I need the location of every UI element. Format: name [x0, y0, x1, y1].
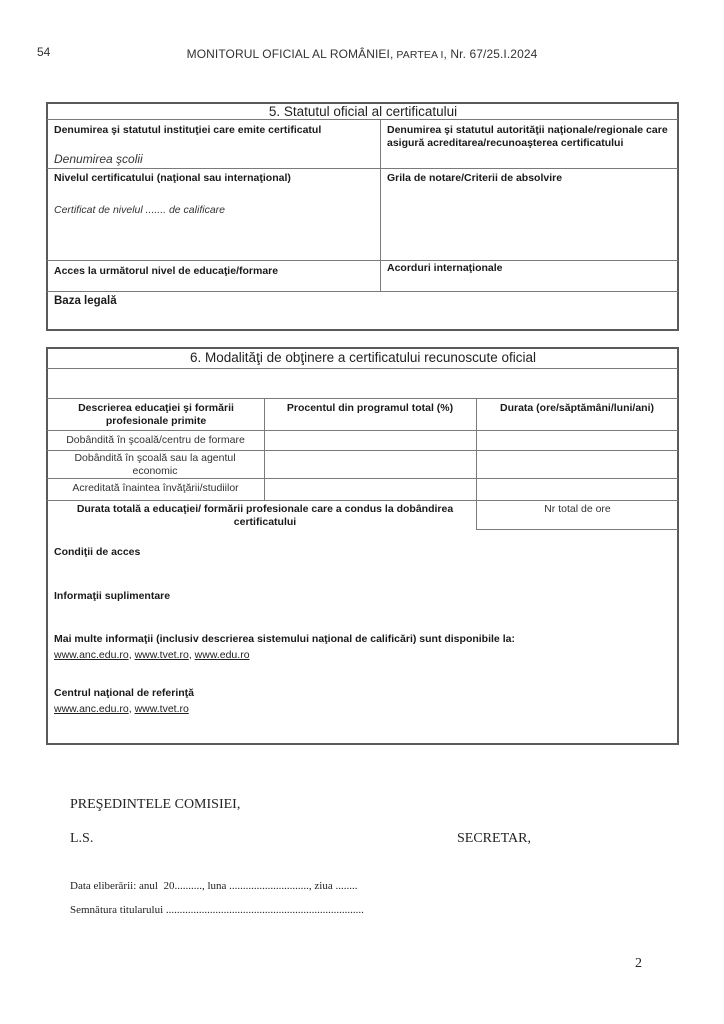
footer-page-number: 2 [635, 956, 642, 972]
gazette-issue: , Nr. 67/25.I.2024 [444, 47, 538, 61]
extra-info-label: Informaţii suplimentare [54, 590, 170, 603]
issuer-value[interactable]: Denumirea şcolii [54, 152, 143, 166]
level-value[interactable]: Certificat de nivelul ....... de calific… [54, 204, 225, 216]
legal-basis-label: Baza legală [54, 295, 117, 308]
reference-center-label: Centrul naţional de referinţă [54, 687, 194, 700]
table-row-school: Dobândită în şcoală/centru de formare [48, 434, 263, 447]
link-tvet[interactable]: www.tvet.ro [135, 649, 189, 661]
secretary-signature-label: SECRETAR, [457, 831, 531, 847]
section-6-title: 6. Modalităţi de obţinere a certificatul… [48, 350, 678, 365]
holder-signature-line[interactable]: Semnătura titularului ..................… [70, 904, 364, 916]
total-duration-label: Durata totală a educaţiei/ formării prof… [70, 503, 460, 528]
more-info-label: Mai multe informaţii (inclusiv descriere… [54, 633, 515, 646]
reference-center-links: www.anc.edu.ro, www.tvet.ro [54, 703, 189, 715]
agreements-label: Acorduri internaţionale [387, 262, 672, 275]
authority-label: Denumirea şi statutul autorităţii naţion… [387, 124, 672, 149]
link-edu[interactable]: www.edu.ro [195, 649, 250, 661]
grading-label: Grila de notare/Criterii de absolvire [387, 172, 672, 185]
ref-link-anc[interactable]: www.anc.edu.ro [54, 703, 129, 715]
table-header-duration: Durata (ore/săptămâni/luni/ani) [497, 402, 657, 415]
issuer-label: Denumirea şi statutul instituţiei care e… [54, 124, 374, 137]
issue-date-line[interactable]: Data eliberării: anul 20.........., luna… [70, 880, 357, 892]
gazette-header: MONITORUL OFICIAL AL ROMÂNIEI, PARTEA I,… [0, 47, 724, 61]
link-anc[interactable]: www.anc.edu.ro [54, 649, 129, 661]
table-row-accredited: Acreditată înaintea învăţării/studiilor [48, 482, 263, 495]
total-hours-value[interactable]: Nr total de ore [477, 503, 678, 516]
table-row-economic: Dobândită în şcoală sau la agentul econo… [65, 452, 245, 477]
president-signature-label: PREŞEDINTELE COMISIEI, [70, 797, 240, 813]
gazette-part: PARTEA I [393, 49, 443, 61]
ref-link-tvet[interactable]: www.tvet.ro [135, 703, 189, 715]
access-conditions-label: Condiţii de acces [54, 546, 140, 559]
access-label: Acces la următorul nivel de educaţie/for… [54, 265, 374, 278]
table-header-percent: Procentul din programul total (%) [285, 402, 455, 415]
seal-label: L.S. [70, 831, 93, 847]
section-5-title: 5. Statutul oficial al certificatului [48, 104, 678, 119]
table-header-description: Descrierea educaţiei şi formării profesi… [70, 402, 242, 427]
level-label: Nivelul certificatului (naţional sau int… [54, 172, 374, 185]
gazette-title: MONITORUL OFICIAL AL ROMÂNIEI, [187, 47, 394, 61]
more-info-links: www.anc.edu.ro, www.tvet.ro, www.edu.ro [54, 649, 250, 661]
